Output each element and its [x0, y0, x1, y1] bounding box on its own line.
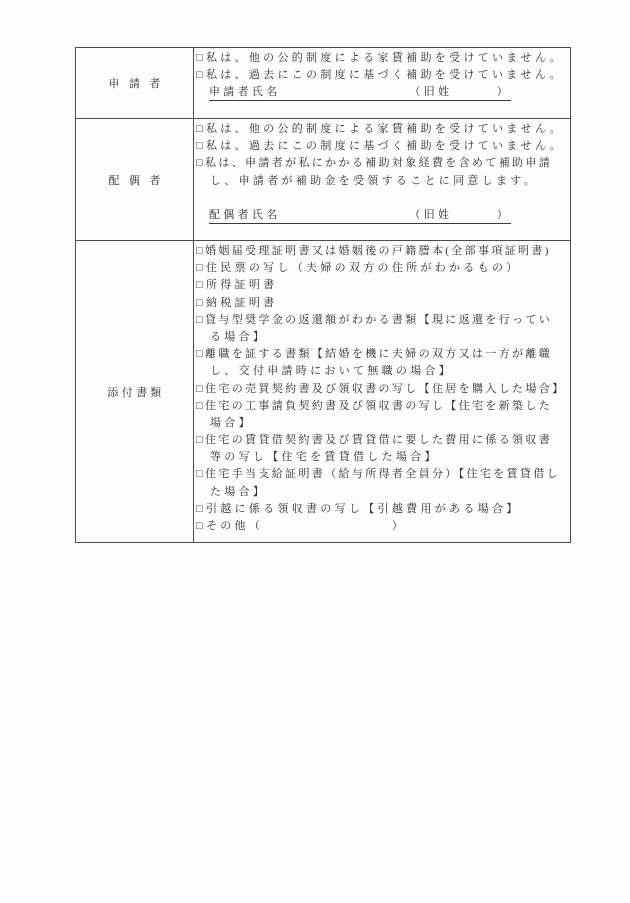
maiden-name-label: （旧姓: [409, 84, 452, 101]
row-content-applicant: □私は、他の公的制度による家賃補助を受けていません。□私は、過去にこの制度に基づ…: [194, 48, 570, 118]
checklist-text: 私は、過去にこの制度に基づく補助を受けていません。: [206, 140, 564, 152]
checkbox-icon: □: [196, 520, 206, 532]
checklist-item: □住民票の写し（夫婦の双方の住所がわかるもの）: [196, 260, 570, 277]
checkbox-icon: □: [196, 434, 205, 446]
blank-line: [196, 190, 570, 207]
checklist-item: □私は、申請者が私にかかる補助対象経費を含めて補助申請: [196, 155, 570, 172]
maiden-name-close-paren: ）: [497, 207, 511, 224]
checkbox-icon: □: [196, 297, 206, 309]
row-label-attachments: 添付書類: [76, 241, 194, 542]
checklist-text-continuation: 場合】: [196, 415, 570, 432]
document-page: 申 請 者 □私は、他の公的制度による家賃補助を受けていません。□私は、過去にこ…: [0, 0, 630, 903]
checklist-text: 住宅の工事請負契約書及び領収書の写し【住宅を新築した: [205, 400, 552, 412]
checklist-text-continuation: た場合】: [196, 484, 570, 501]
name-field-label: 申請者氏名: [209, 84, 281, 101]
maiden-name-close-paren: ）: [497, 84, 511, 101]
checklist-text: 私は、過去にこの制度に基づく補助を受けていません。: [206, 69, 564, 81]
checkbox-icon: □: [196, 348, 205, 360]
checklist-item: □住宅の工事請負契約書及び領収書の写し【住宅を新築した: [196, 398, 570, 415]
checklist-text: 引越に係る領収書の写し【引越費用がある場合】: [206, 503, 521, 515]
checklist-item: □その他（ ）: [196, 518, 570, 535]
checklist-item: □住宅手当支給証明書（給与所得者全員分）【住宅を賃貸借し: [196, 466, 570, 483]
checkbox-icon: □: [196, 400, 205, 412]
checkbox-icon: □: [196, 52, 206, 64]
checklist-text-continuation: る場合】: [196, 329, 570, 346]
row-content-spouse: □私は、他の公的制度による家賃補助を受けていません。□私は、過去にこの制度に基づ…: [194, 119, 570, 240]
row-label-applicant: 申 請 者: [76, 48, 194, 118]
checklist-text: 私は、他の公的制度による家賃補助を受けていません。: [206, 52, 564, 64]
checklist-text: 婚姻届受理証明書又は婚姻後の戸籍謄本(全部事項証明書): [205, 245, 551, 257]
checklist-item: □私は、過去にこの制度に基づく補助を受けていません。: [196, 67, 570, 84]
checkbox-icon: □: [196, 69, 206, 81]
checklist-text: 住宅手当支給証明書（給与所得者全員分）【住宅を賃貸借し: [205, 468, 560, 480]
name-field-underline: 配偶者氏名（旧姓）: [209, 207, 511, 224]
checkbox-icon: □: [196, 245, 205, 257]
checklist-text: 納税証明書: [206, 297, 278, 309]
name-field-line: 申請者氏名（旧姓）: [209, 84, 570, 101]
checklist-item: □婚姻届受理証明書又は婚姻後の戸籍謄本(全部事項証明書): [196, 243, 570, 260]
checklist-text: 所得証明書: [206, 279, 278, 291]
table-row-attachments: 添付書類 □婚姻届受理証明書又は婚姻後の戸籍謄本(全部事項証明書)□住民票の写し…: [76, 240, 570, 542]
checklist-item: □私は、他の公的制度による家賃補助を受けていません。: [196, 121, 570, 138]
row-label-spouse: 配 偶 者: [76, 119, 194, 240]
name-field-label: 配偶者氏名: [209, 207, 281, 224]
checklist-item: □納税証明書: [196, 295, 570, 312]
maiden-name-label: （旧姓: [409, 207, 452, 224]
checklist-text-continuation: 等の写し【住宅を賃貸借した場合】: [196, 449, 570, 466]
checklist-text: 私は、他の公的制度による家賃補助を受けていません。: [206, 123, 564, 135]
name-field-line: 配偶者氏名（旧姓）: [209, 207, 570, 224]
checklist-item: □離職を証する書類【結婚を機に夫婦の双方又は一方が離職: [196, 346, 570, 363]
checklist-item: □所得証明書: [196, 277, 570, 294]
checklist-item: □住宅の賃貸借契約書及び賃貸借に要した費用に係る領収書: [196, 432, 570, 449]
checkbox-icon: □: [196, 123, 206, 135]
checkbox-icon: □: [196, 383, 205, 395]
checklist-text: 私は、申請者が私にかかる補助対象経費を含めて補助申請: [205, 157, 552, 169]
checkbox-icon: □: [196, 503, 206, 515]
checkbox-icon: □: [196, 140, 206, 152]
table-row-applicant: 申 請 者 □私は、他の公的制度による家賃補助を受けていません。□私は、過去にこ…: [76, 48, 570, 118]
checkbox-icon: □: [196, 314, 205, 326]
checklist-item: □貸与型奨学金の返還額がわかる書類【現に返還を行ってい: [196, 312, 570, 329]
row-content-attachments: □婚姻届受理証明書又は婚姻後の戸籍謄本(全部事項証明書)□住民票の写し（夫婦の双…: [194, 241, 570, 542]
table-row-spouse: 配 偶 者 □私は、他の公的制度による家賃補助を受けていません。□私は、過去にこ…: [76, 118, 570, 240]
checklist-text: 住宅の売買契約書及び領収書の写し【住居を購入した場合】: [205, 383, 565, 395]
name-field-underline: 申請者氏名（旧姓）: [209, 84, 511, 101]
form-table: 申 請 者 □私は、他の公的制度による家賃補助を受けていません。□私は、過去にこ…: [75, 47, 571, 543]
checklist-text: その他（ ）: [206, 520, 406, 532]
checklist-text-continuation: し、申請者が補助金を受領することに同意します。: [196, 173, 570, 190]
checkbox-icon: □: [196, 157, 205, 169]
checklist-text: 離職を証する書類【結婚を機に夫婦の双方又は一方が離職: [205, 348, 552, 360]
checklist-text-continuation: し、交付申請時において無職の場合】: [196, 363, 570, 380]
checklist-item: □私は、過去にこの制度に基づく補助を受けていません。: [196, 138, 570, 155]
checklist-text: 住民票の写し（夫婦の双方の住所がわかるもの）: [206, 262, 521, 274]
checklist-text: 住宅の賃貸借契約書及び賃貸借に要した費用に係る領収書: [205, 434, 552, 446]
checklist-text: 貸与型奨学金の返還額がわかる書類【現に返還を行ってい: [205, 314, 552, 326]
checklist-item: □住宅の売買契約書及び領収書の写し【住居を購入した場合】: [196, 381, 570, 398]
checkbox-icon: □: [196, 279, 206, 291]
checklist-item: □私は、他の公的制度による家賃補助を受けていません。: [196, 50, 570, 67]
checklist-item: □引越に係る領収書の写し【引越費用がある場合】: [196, 501, 570, 518]
checkbox-icon: □: [196, 468, 205, 480]
checkbox-icon: □: [196, 262, 206, 274]
